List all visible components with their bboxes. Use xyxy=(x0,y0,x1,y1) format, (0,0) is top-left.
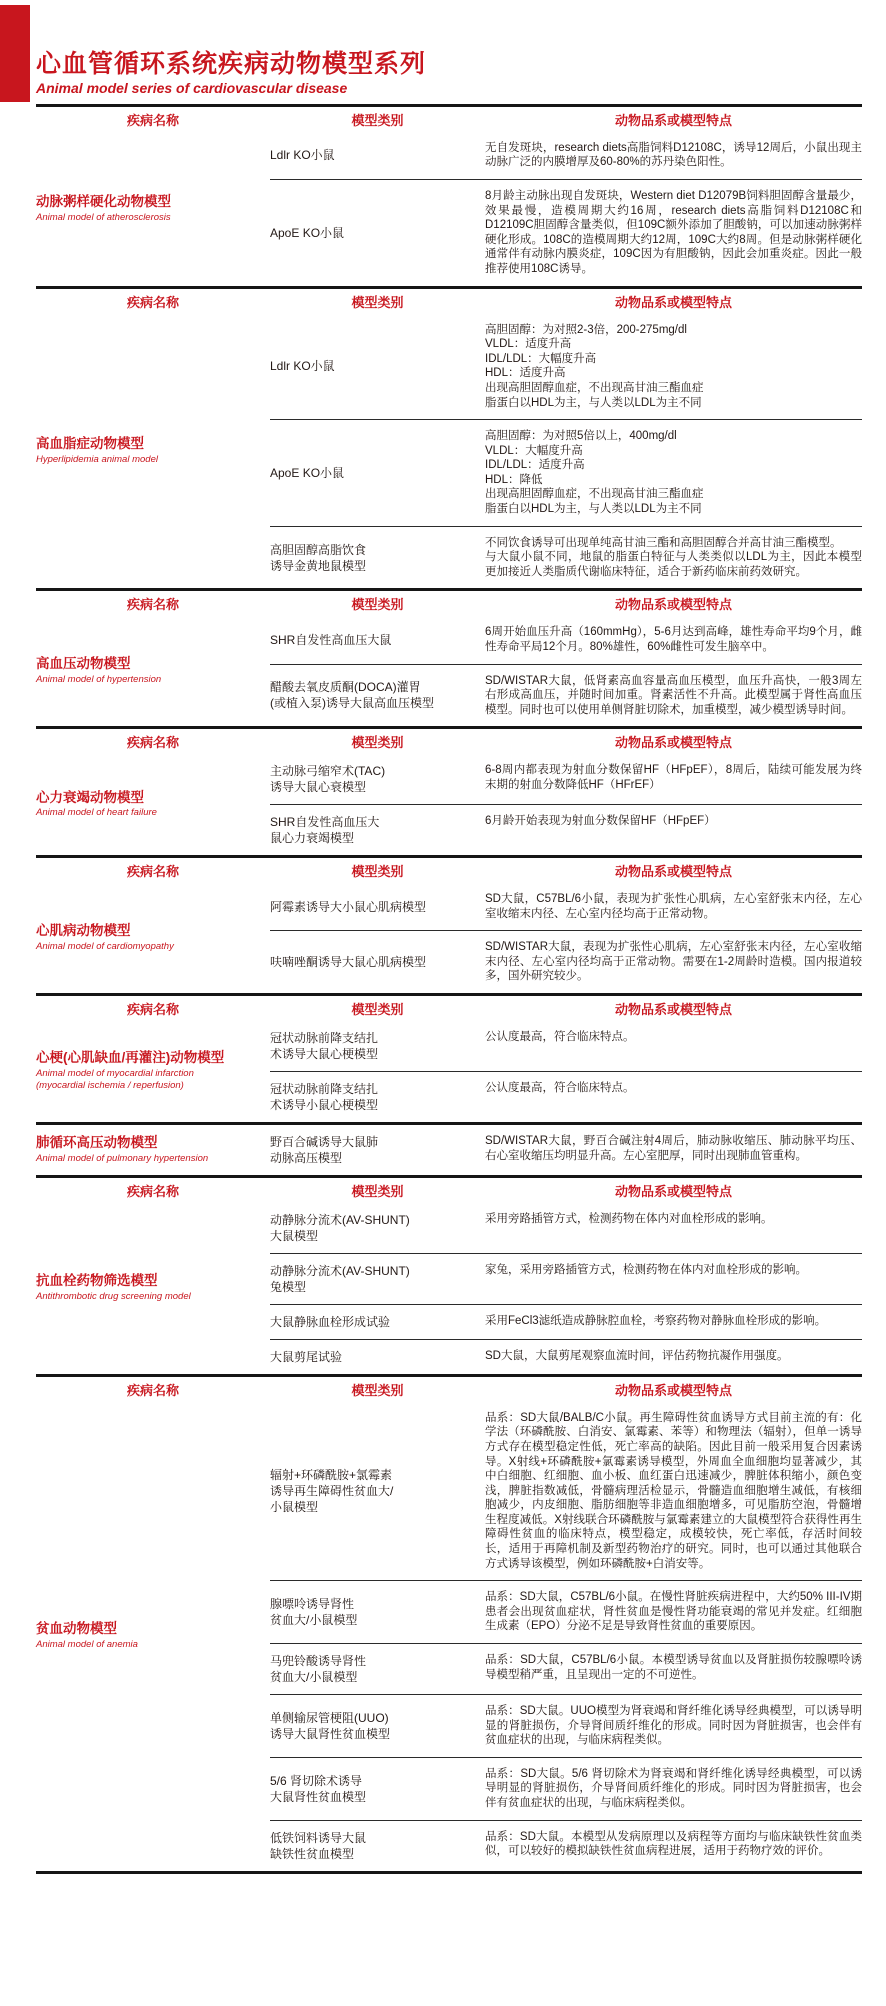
column-header-features: 动物品系或模型特点 xyxy=(485,113,862,130)
column-header-row: 疾病名称模型类别动物品系或模型特点 xyxy=(36,996,862,1021)
disease-cell: 心力衰竭动物模型Animal model of heart failure xyxy=(36,754,270,855)
model-row: 冠状动脉前降支结扎 术诱导大鼠心梗模型公认度最高，符合临床特点。 xyxy=(270,1021,862,1071)
features-cell: 品系：SD大鼠/BALB/C小鼠。再生障碍性贫血诱导方式目前主流的有：化学法（环… xyxy=(485,1411,862,1572)
page-subtitle: Animal model series of cardiovascular di… xyxy=(36,80,347,96)
model-type-cell: ApoE KO小鼠 xyxy=(270,465,485,481)
disease-cell: 高血脂症动物模型Hyperlipidemia animal model xyxy=(36,314,270,589)
model-rows: 冠状动脉前降支结扎 术诱导大鼠心梗模型公认度最高，符合临床特点。冠状动脉前降支结… xyxy=(270,1021,862,1122)
model-rows: SHR自发性高血压大鼠6周开始血压升高（160mmHg），5-6月达到高峰，雄性… xyxy=(270,616,862,726)
disease-cell: 贫血动物模型Animal model of anemia xyxy=(36,1402,270,1871)
column-header-model: 模型类别 xyxy=(270,864,485,881)
column-header-row: 疾病名称模型类别动物品系或模型特点 xyxy=(36,1377,862,1402)
model-type-cell: 大鼠剪尾试验 xyxy=(270,1349,485,1365)
model-row: ApoE KO小鼠高胆固醇：为对照5倍以上，400mg/dl VLDL：大幅度升… xyxy=(270,419,862,526)
model-row: SHR自发性高血压大鼠6周开始血压升高（160mmHg），5-6月达到高峰，雄性… xyxy=(270,616,862,663)
disease-name: 肺循环高压动物模型 xyxy=(36,1135,258,1152)
model-type-cell: 冠状动脉前降支结扎 术诱导大鼠心梗模型 xyxy=(270,1030,485,1062)
disease-cell: 心肌病动物模型Animal model of cardiomyopathy xyxy=(36,883,270,993)
model-row: 腺嘌呤诱导肾性 贫血大/小鼠模型品系：SD大鼠，C57BL/6小鼠。在慢性肾脏疾… xyxy=(270,1580,862,1643)
features-cell: 8月龄主动脉出现自发斑块，Western diet D12079B饲料胆固醇含量… xyxy=(485,189,862,277)
column-header-disease: 疾病名称 xyxy=(36,1184,270,1201)
model-type-cell: 5/6 肾切除术诱导 大鼠肾性贫血模型 xyxy=(270,1773,485,1805)
model-type-cell: 野百合碱诱导大鼠肺 动脉高压模型 xyxy=(270,1134,485,1166)
features-cell: 品系：SD大鼠，C57BL/6小鼠。本模型诱导贫血以及肾脏损伤较腺嘌呤诱导模型稍… xyxy=(485,1653,862,1685)
disease-name-en: Animal model of myocardial infarction (m… xyxy=(36,1068,258,1093)
model-row: 大鼠静脉血栓形成试验采用FeCl3滤纸造成静脉腔血栓，考察药物对静脉血栓形成的影… xyxy=(270,1304,862,1339)
model-table: 疾病名称模型类别动物品系或模型特点动脉粥样硬化动物模型Animal model … xyxy=(36,104,862,1874)
features-cell: 采用FeCl3滤纸造成静脉腔血栓，考察药物对静脉血栓形成的影响。 xyxy=(485,1314,862,1330)
column-header-disease: 疾病名称 xyxy=(36,113,270,130)
disease-name-en: Animal model of anemia xyxy=(36,1639,258,1651)
model-type-cell: 大鼠静脉血栓形成试验 xyxy=(270,1314,485,1330)
features-cell: 高胆固醇：为对照5倍以上，400mg/dl VLDL：大幅度升高 IDL/LDL… xyxy=(485,429,862,517)
features-cell: 家兔，采用旁路插管方式，检测药物在体内对血栓形成的影响。 xyxy=(485,1263,862,1295)
model-type-cell: 醋酸去氧皮质酮(DOCA)灌胃 (或植入泵)诱导大鼠高血压模型 xyxy=(270,679,485,711)
model-row: 低铁饲料诱导大鼠 缺铁性贫血模型品系：SD大鼠。本模型从发病原理以及病程等方面均… xyxy=(270,1820,862,1871)
disease-name: 高血压动物模型 xyxy=(36,656,258,673)
model-row: 冠状动脉前降支结扎 术诱导小鼠心梗模型公认度最高，符合临床特点。 xyxy=(270,1071,862,1122)
model-type-cell: 低铁饲料诱导大鼠 缺铁性贫血模型 xyxy=(270,1830,485,1862)
model-type-cell: 冠状动脉前降支结扎 术诱导小鼠心梗模型 xyxy=(270,1081,485,1113)
features-cell: 高胆固醇：为对照2-3倍，200-275mg/dl VLDL：适度升高 IDL/… xyxy=(485,323,862,411)
model-row: 5/6 肾切除术诱导 大鼠肾性贫血模型品系：SD大鼠。5/6 肾切除术为肾衰竭和… xyxy=(270,1757,862,1820)
section-divider xyxy=(36,1871,862,1874)
features-cell: SD大鼠，C57BL/6小鼠，表现为扩张性心肌病，左心室舒张末内径，左心室收缩末… xyxy=(485,892,862,921)
column-header-model: 模型类别 xyxy=(270,1184,485,1201)
features-cell: 6月龄开始表现为射血分数保留HF（HFpEF） xyxy=(485,814,862,846)
model-row: 呋喃唑酮诱导大鼠心肌病模型SD/WISTAR大鼠，表现为扩张性心肌病，左心室舒张… xyxy=(270,930,862,993)
model-type-cell: 动静脉分流术(AV-SHUNT) 大鼠模型 xyxy=(270,1212,485,1244)
disease-cell: 心梗(心肌缺血/再灌注)动物模型Animal model of myocardi… xyxy=(36,1021,270,1122)
model-row: ApoE KO小鼠8月龄主动脉出现自发斑块，Western diet D1207… xyxy=(270,179,862,286)
column-header-features: 动物品系或模型特点 xyxy=(485,735,862,752)
model-rows: 辐射+环磷酰胺+氯霉素 诱导再生障碍性贫血大/ 小鼠模型品系：SD大鼠/BALB… xyxy=(270,1402,862,1871)
disease-section: 心梗(心肌缺血/再灌注)动物模型Animal model of myocardi… xyxy=(36,1021,862,1122)
disease-section: 抗血栓药物筛选模型Antithrombotic drug screening m… xyxy=(36,1203,862,1374)
column-header-features: 动物品系或模型特点 xyxy=(485,1383,862,1400)
disease-cell: 动脉粥样硬化动物模型Animal model of atherosclerosi… xyxy=(36,132,270,286)
features-cell: 公认度最高，符合临床特点。 xyxy=(485,1030,862,1062)
model-type-cell: Ldlr KO小鼠 xyxy=(270,358,485,374)
features-cell: 采用旁路插管方式，检测药物在体内对血栓形成的影响。 xyxy=(485,1212,862,1244)
column-header-disease: 疾病名称 xyxy=(36,295,270,312)
features-cell: SD/WISTAR大鼠，野百合碱注射4周后，肺动脉收缩压、肺动脉平均压、右心室收… xyxy=(485,1134,862,1166)
disease-section: 贫血动物模型Animal model of anemia辐射+环磷酰胺+氯霉素 … xyxy=(36,1402,862,1871)
model-rows: Ldlr KO小鼠高胆固醇：为对照2-3倍，200-275mg/dl VLDL：… xyxy=(270,314,862,589)
disease-section: 肺循环高压动物模型Animal model of pulmonary hyper… xyxy=(36,1125,862,1175)
model-row: 辐射+环磷酰胺+氯霉素 诱导再生障碍性贫血大/ 小鼠模型品系：SD大鼠/BALB… xyxy=(270,1402,862,1581)
disease-section: 动脉粥样硬化动物模型Animal model of atherosclerosi… xyxy=(36,132,862,286)
column-header-row: 疾病名称模型类别动物品系或模型特点 xyxy=(36,729,862,754)
column-header-model: 模型类别 xyxy=(270,1383,485,1400)
features-cell: 无自发斑块，research diets高脂饲料D12108C，诱导12周后，小… xyxy=(485,141,862,170)
model-row: 动静脉分流术(AV-SHUNT) 兔模型家兔，采用旁路插管方式，检测药物在体内对… xyxy=(270,1253,862,1304)
features-cell: SD/WISTAR大鼠，表现为扩张性心肌病，左心室舒张末内径，左心室收缩末内径、… xyxy=(485,940,862,984)
column-header-model: 模型类别 xyxy=(270,1002,485,1019)
features-cell: 品系：SD大鼠。5/6 肾切除术为肾衰竭和肾纤维化诱导经典模型，可以诱导明显的肾… xyxy=(485,1767,862,1811)
column-header-features: 动物品系或模型特点 xyxy=(485,1184,862,1201)
column-header-features: 动物品系或模型特点 xyxy=(485,597,862,614)
disease-cell: 高血压动物模型Animal model of hypertension xyxy=(36,616,270,726)
disease-cell: 抗血栓药物筛选模型Antithrombotic drug screening m… xyxy=(36,1203,270,1374)
column-header-model: 模型类别 xyxy=(270,597,485,614)
brand-bar xyxy=(0,5,30,102)
column-header-row: 疾病名称模型类别动物品系或模型特点 xyxy=(36,858,862,883)
features-cell: 品系：SD大鼠，C57BL/6小鼠。在慢性肾脏疾病进程中，大约50% III-I… xyxy=(485,1590,862,1634)
disease-name-en: Animal model of cardiomyopathy xyxy=(36,941,258,953)
model-type-cell: 腺嘌呤诱导肾性 贫血大/小鼠模型 xyxy=(270,1596,485,1628)
model-type-cell: 辐射+环磷酰胺+氯霉素 诱导再生障碍性贫血大/ 小鼠模型 xyxy=(270,1467,485,1515)
features-cell: 6周开始血压升高（160mmHg），5-6月达到高峰，雄性寿命平均9个月，雌性寿… xyxy=(485,625,862,654)
model-row: Ldlr KO小鼠无自发斑块，research diets高脂饲料D12108C… xyxy=(270,132,862,179)
features-cell: 品系：SD大鼠。本模型从发病原理以及病程等方面均与临床缺铁性贫血类似，可以较好的… xyxy=(485,1830,862,1862)
features-cell: 公认度最高，符合临床特点。 xyxy=(485,1081,862,1113)
column-header-features: 动物品系或模型特点 xyxy=(485,295,862,312)
column-header-row: 疾病名称模型类别动物品系或模型特点 xyxy=(36,591,862,616)
page-title: 心血管循环系统疾病动物模型系列 xyxy=(36,52,426,77)
model-row: 醋酸去氧皮质酮(DOCA)灌胃 (或植入泵)诱导大鼠高血压模型SD/WISTAR… xyxy=(270,664,862,727)
column-header-model: 模型类别 xyxy=(270,735,485,752)
model-type-cell: 主动脉弓缩窄术(TAC) 诱导大鼠心衰模型 xyxy=(270,763,485,795)
features-cell: SD大鼠，大鼠剪尾观察血流时间，评估药物抗凝作用强度。 xyxy=(485,1349,862,1365)
model-row: 马兜铃酸诱导肾性 贫血大/小鼠模型品系：SD大鼠，C57BL/6小鼠。本模型诱导… xyxy=(270,1643,862,1694)
model-row: 动静脉分流术(AV-SHUNT) 大鼠模型采用旁路插管方式，检测药物在体内对血栓… xyxy=(270,1203,862,1253)
disease-name-en: Animal model of heart failure xyxy=(36,807,258,819)
disease-name-en: Animal model of hypertension xyxy=(36,674,258,686)
model-row: 大鼠剪尾试验SD大鼠，大鼠剪尾观察血流时间，评估药物抗凝作用强度。 xyxy=(270,1339,862,1374)
disease-name: 心力衰竭动物模型 xyxy=(36,790,258,807)
model-rows: Ldlr KO小鼠无自发斑块，research diets高脂饲料D12108C… xyxy=(270,132,862,286)
disease-name: 高血脂症动物模型 xyxy=(36,436,258,453)
column-header-disease: 疾病名称 xyxy=(36,597,270,614)
features-cell: 6-8周内都表现为射血分数保留HF（HFpEF），8周后，陆续可能发展为终末期的… xyxy=(485,763,862,795)
disease-name-en: Animal model of atherosclerosis xyxy=(36,212,258,224)
model-type-cell: SHR自发性高血压大 鼠心力衰竭模型 xyxy=(270,814,485,846)
model-type-cell: Ldlr KO小鼠 xyxy=(270,147,485,163)
model-type-cell: SHR自发性高血压大鼠 xyxy=(270,632,485,648)
model-rows: 动静脉分流术(AV-SHUNT) 大鼠模型采用旁路插管方式，检测药物在体内对血栓… xyxy=(270,1203,862,1374)
disease-section: 心力衰竭动物模型Animal model of heart failure主动脉… xyxy=(36,754,862,855)
flyer-page: 心血管循环系统疾病动物模型系列 Animal model series of c… xyxy=(0,0,886,1874)
column-header-model: 模型类别 xyxy=(270,113,485,130)
model-row: 主动脉弓缩窄术(TAC) 诱导大鼠心衰模型6-8周内都表现为射血分数保留HF（H… xyxy=(270,754,862,804)
disease-name: 心梗(心肌缺血/再灌注)动物模型 xyxy=(36,1050,258,1067)
model-type-cell: 动静脉分流术(AV-SHUNT) 兔模型 xyxy=(270,1263,485,1295)
disease-name: 贫血动物模型 xyxy=(36,1621,258,1638)
disease-cell: 肺循环高压动物模型Animal model of pulmonary hyper… xyxy=(36,1125,270,1175)
disease-name: 心肌病动物模型 xyxy=(36,923,258,940)
model-row: 野百合碱诱导大鼠肺 动脉高压模型SD/WISTAR大鼠，野百合碱注射4周后，肺动… xyxy=(270,1125,862,1175)
model-type-cell: ApoE KO小鼠 xyxy=(270,225,485,241)
disease-name: 抗血栓药物筛选模型 xyxy=(36,1273,258,1290)
disease-section: 心肌病动物模型Animal model of cardiomyopathy阿霉素… xyxy=(36,883,862,993)
disease-name: 动脉粥样硬化动物模型 xyxy=(36,194,258,211)
features-cell: 不同饮食诱导可出现单纯高甘油三酯和高胆固醇合并高甘油三酯模型。 与大鼠小鼠不同，… xyxy=(485,536,862,580)
model-type-cell: 阿霉素诱导大小鼠心肌病模型 xyxy=(270,899,485,915)
model-rows: 野百合碱诱导大鼠肺 动脉高压模型SD/WISTAR大鼠，野百合碱注射4周后，肺动… xyxy=(270,1125,862,1175)
model-row: 阿霉素诱导大小鼠心肌病模型SD大鼠，C57BL/6小鼠，表现为扩张性心肌病，左心… xyxy=(270,883,862,930)
column-header-disease: 疾病名称 xyxy=(36,864,270,881)
model-rows: 阿霉素诱导大小鼠心肌病模型SD大鼠，C57BL/6小鼠，表现为扩张性心肌病，左心… xyxy=(270,883,862,993)
model-row: SHR自发性高血压大 鼠心力衰竭模型6月龄开始表现为射血分数保留HF（HFpEF… xyxy=(270,804,862,855)
column-header-row: 疾病名称模型类别动物品系或模型特点 xyxy=(36,289,862,314)
features-cell: 品系：SD大鼠。UUO模型为肾衰竭和肾纤维化诱导经典模型，可以诱导明显的肾脏损伤… xyxy=(485,1704,862,1748)
model-rows: 主动脉弓缩窄术(TAC) 诱导大鼠心衰模型6-8周内都表现为射血分数保留HF（H… xyxy=(270,754,862,855)
model-type-cell: 呋喃唑酮诱导大鼠心肌病模型 xyxy=(270,954,485,970)
column-header-features: 动物品系或模型特点 xyxy=(485,1002,862,1019)
model-row: 单侧输尿管梗阻(UUO) 诱导大鼠肾性贫血模型品系：SD大鼠。UUO模型为肾衰竭… xyxy=(270,1694,862,1757)
disease-name-en: Hyperlipidemia animal model xyxy=(36,454,258,466)
model-type-cell: 马兜铃酸诱导肾性 贫血大/小鼠模型 xyxy=(270,1653,485,1685)
column-header-disease: 疾病名称 xyxy=(36,1383,270,1400)
model-type-cell: 单侧输尿管梗阻(UUO) 诱导大鼠肾性贫血模型 xyxy=(270,1710,485,1742)
column-header-row: 疾病名称模型类别动物品系或模型特点 xyxy=(36,107,862,132)
disease-section: 高血压动物模型Animal model of hypertensionSHR自发… xyxy=(36,616,862,726)
model-row: 高胆固醇高脂饮食 诱导金黄地鼠模型不同饮食诱导可出现单纯高甘油三酯和高胆固醇合并… xyxy=(270,526,862,589)
column-header-row: 疾病名称模型类别动物品系或模型特点 xyxy=(36,1178,862,1203)
model-type-cell: 高胆固醇高脂饮食 诱导金黄地鼠模型 xyxy=(270,542,485,574)
disease-name-en: Antithrombotic drug screening model xyxy=(36,1291,258,1303)
column-header-disease: 疾病名称 xyxy=(36,735,270,752)
masthead: 心血管循环系统疾病动物模型系列 Animal model series of c… xyxy=(0,0,886,104)
column-header-disease: 疾病名称 xyxy=(36,1002,270,1019)
model-row: Ldlr KO小鼠高胆固醇：为对照2-3倍，200-275mg/dl VLDL：… xyxy=(270,314,862,420)
column-header-model: 模型类别 xyxy=(270,295,485,312)
disease-name-en: Animal model of pulmonary hypertension xyxy=(36,1153,258,1165)
features-cell: SD/WISTAR大鼠，低肾素高血容量高血压模型，血压升高快，一般3周左右形成高… xyxy=(485,674,862,718)
disease-section: 高血脂症动物模型Hyperlipidemia animal modelLdlr … xyxy=(36,314,862,589)
column-header-features: 动物品系或模型特点 xyxy=(485,864,862,881)
